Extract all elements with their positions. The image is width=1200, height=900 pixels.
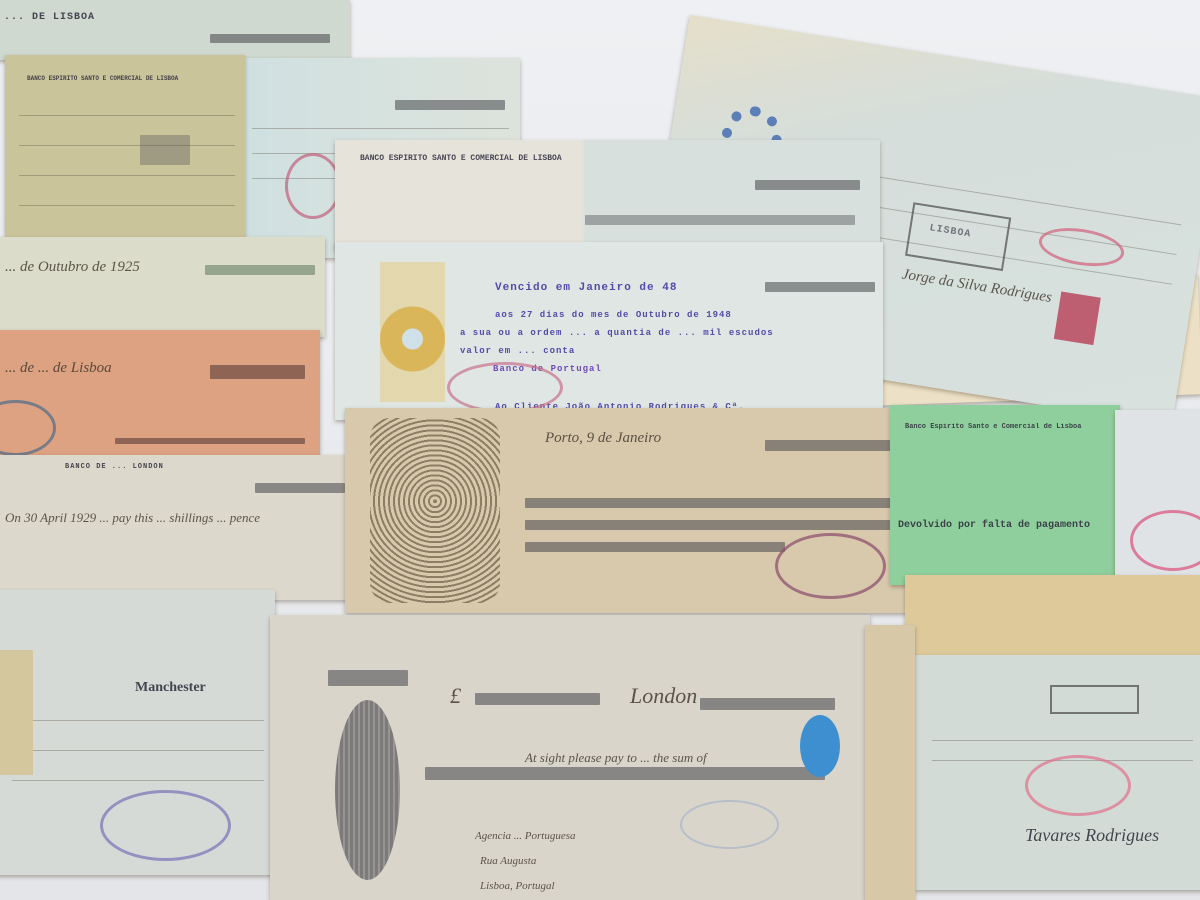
tan-tab xyxy=(0,650,33,775)
document-header: BANCO DE ... LONDON xyxy=(65,463,164,471)
engraved-ornament xyxy=(370,418,500,603)
document-ornate-bill: Porto, 9 de Janeiro xyxy=(345,408,910,613)
document-edge-under-london xyxy=(865,625,915,900)
document-green-notice: Banco Espirito Santo e Comercial de Lisb… xyxy=(890,405,1120,585)
notice-header: Banco Espirito Santo e Comercial de Lisb… xyxy=(905,423,1081,431)
address-line: Agencia ... Portuguesa xyxy=(475,830,576,842)
document-top-left-strip: ... DE LISBOA xyxy=(0,0,350,60)
ornate-gold-border xyxy=(380,262,445,402)
bill-script: On 30 April 1929 ... pay this ... shilli… xyxy=(5,510,260,526)
document-header: ... DE LISBOA xyxy=(4,12,95,23)
notice-title: Devolvido por falta de pagamento xyxy=(898,520,1090,531)
document-header: Porto, 9 de Janeiro xyxy=(545,430,661,447)
address-line: Lisboa, Portugal xyxy=(480,880,555,892)
document-london-bill: £ London At sight please pay to ... the … xyxy=(270,615,870,900)
typed-line: aos 27 dias do mes de Outubro de 1948 xyxy=(495,310,732,320)
address-line: Rua Augusta xyxy=(480,855,536,867)
stamp-text: LISBOA xyxy=(929,223,972,240)
document-manchester-bill: Manchester xyxy=(0,590,275,875)
document-right-edge xyxy=(1115,410,1200,600)
document-bes-slip: BANCO ESPIRITO SANTO E COMERCIAL DE LISB… xyxy=(335,140,880,250)
bill-city: London xyxy=(630,683,697,709)
document-bottom-right-bill: Tavares Rodrigues xyxy=(915,655,1200,890)
photo-scene: ... DE LISBOA BANCO ESPIRITO SANTO E COM… xyxy=(0,0,1200,900)
document-gray-bill-left: BANCO DE ... LONDON On 30 April 1929 ...… xyxy=(0,455,355,600)
document-peach-bill: ... de ... de Lisboa xyxy=(0,330,320,455)
typed-line: a sua ou a ordem ... a quantia de ... mi… xyxy=(460,328,774,338)
typed-line: Vencido em Janeiro de 48 xyxy=(495,282,677,294)
document-header: Manchester xyxy=(135,680,206,696)
document-typed-bill: Vencido em Janeiro de 48 aos 27 dias do … xyxy=(335,242,883,420)
bill-amount: £ xyxy=(450,683,461,709)
document-header: BANCO ESPIRITO SANTO E COMERCIAL DE LISB… xyxy=(360,154,562,163)
document-khaki-receipt: BANCO ESPIRITO SANTO E COMERCIAL DE LISB… xyxy=(5,55,245,243)
revenue-stamp xyxy=(1054,291,1101,345)
document-header: BANCO ESPIRITO SANTO E COMERCIAL DE LISB… xyxy=(27,75,178,82)
blue-revenue-seal xyxy=(800,715,840,777)
bill-script: At sight please pay to ... the sum of xyxy=(525,750,707,766)
typed-line: valor em ... conta xyxy=(460,346,575,356)
document-tan-strip xyxy=(905,575,1200,665)
document-left-strip: ... de Outubro de 1925 xyxy=(0,237,325,337)
engraved-oval-vignette xyxy=(335,700,400,880)
